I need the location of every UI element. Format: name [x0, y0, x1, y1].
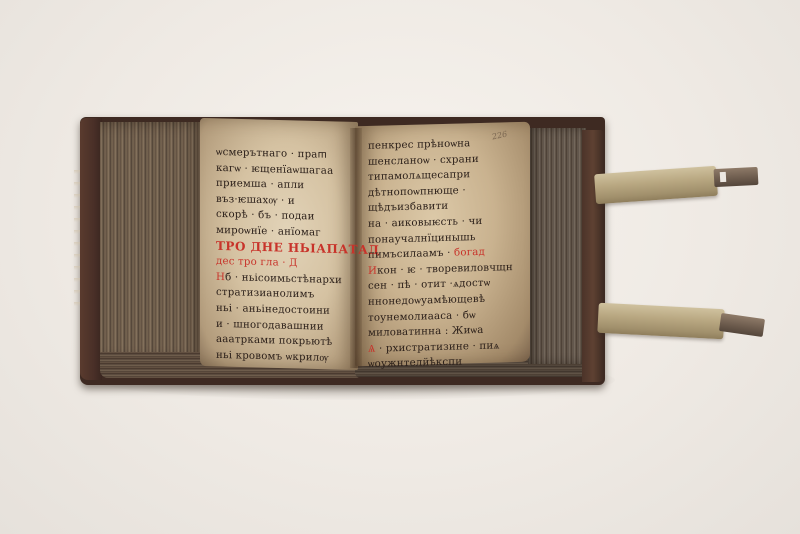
- cover-left-board: [80, 118, 102, 380]
- right-page-stack: [528, 128, 586, 364]
- left-page-stack: [100, 122, 208, 362]
- left-page-text: ѡсмерътнаго · праᲅ кагѡ · ѥщенїаѡшагаа п…: [216, 145, 380, 368]
- clasp-strap-top: [594, 166, 718, 204]
- metal-clasp-bottom: [719, 313, 765, 337]
- clasp-strap-bottom: [597, 303, 724, 340]
- red-initial: И: [368, 265, 377, 276]
- right-page-text: пенкрес прѣноѡна шенсланоѡ · схрани типа…: [368, 135, 513, 373]
- photo-scene: 226 ѡсмерътнаго · праᲅ кагѡ · ѥщенїаѡшаг…: [0, 0, 800, 534]
- cover-right-board: [582, 130, 604, 382]
- red-initial: Ѧ: [368, 343, 376, 354]
- red-initial: Н: [216, 272, 225, 283]
- clasp-hole: [720, 172, 727, 182]
- red-rubric-word: богад: [454, 247, 485, 259]
